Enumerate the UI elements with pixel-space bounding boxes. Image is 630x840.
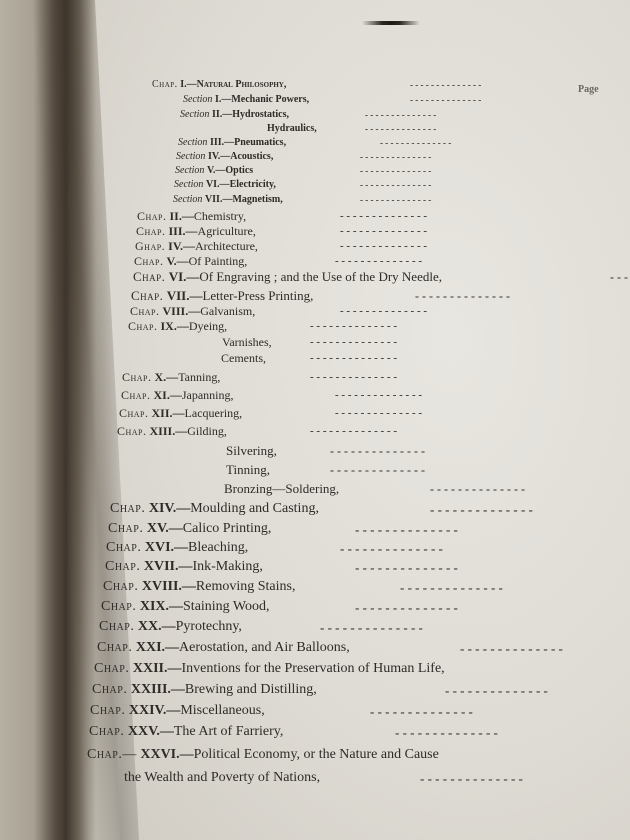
dot-leader: - - - - - - - - - - - - - - — [340, 211, 427, 222]
entry-title: Pyrotechny, — [176, 619, 242, 634]
roman-numeral: VII.— — [205, 194, 233, 205]
toc-entry: Cements, — [221, 352, 266, 364]
roman-numeral: XIII.— — [150, 424, 188, 438]
entry-title: Inventions for the Preservation of Human… — [181, 661, 444, 676]
chapter-label: Chap. — [106, 540, 141, 555]
chapter-label: Chap. — [130, 304, 160, 318]
toc-entry: Chap. XXI.—Aerostation, and Air Balloons… — [97, 641, 350, 655]
section-label: Section — [174, 179, 203, 190]
dot-leader: - - - - - - - - - - - - - - — [335, 390, 422, 401]
chapter-label: Chap. — [152, 79, 178, 90]
toc-entry: Chap. XIII.—Gilding, — [117, 425, 227, 437]
toc-entry: Section VI.—Electricity, — [174, 180, 276, 190]
dot-leader: - - - - - - - - - - - - - - — [320, 621, 423, 634]
chapter-label: Chap. — [92, 682, 127, 697]
roman-numeral: XVII.— — [144, 559, 193, 574]
chapter-label: Chap. — [117, 424, 147, 438]
chapter-label: Chap. — [103, 579, 138, 594]
dot-leader: - - - - - - - - - - - - - - — [365, 111, 436, 120]
dot-leader: - - - - - - - - - - - - - - — [340, 226, 427, 237]
toc-entry: Section II.—Hydrostatics, — [180, 110, 289, 120]
entry-title: Electricity, — [230, 179, 276, 190]
dot-leader: - - - - - - - - - - - - - - — [310, 337, 397, 348]
toc-entry: Chap. XVII.—Ink-Making, — [105, 560, 263, 574]
roman-numeral: XVI.— — [145, 540, 188, 555]
toc-entry: Chap. XV.—Calico Printing, — [108, 522, 271, 536]
entry-title: Dyeing, — [189, 319, 227, 333]
roman-numeral: XXIV.— — [129, 703, 180, 718]
toc-entry: Varnishes, — [222, 336, 272, 348]
toc-entry: Chap. XIX.—Staining Wood, — [101, 600, 270, 614]
entry-title: Magnetism, — [232, 194, 282, 205]
section-label: Section — [180, 109, 209, 120]
dot-leader: - - - - - - - - - - - - - - — [355, 561, 458, 574]
dot-leader: - - - - - - - - - - - - - - — [420, 772, 523, 785]
dot-leader: - - - - - - - - - - - - - - — [355, 523, 458, 536]
dot-leader: - - - - - - - - - - - - - - — [430, 483, 525, 495]
entry-title: Moulding and Casting, — [190, 501, 319, 516]
entry-title: Hydrostatics, — [232, 109, 289, 120]
dot-leader: - - - - - - - - - - - - - - — [460, 642, 563, 655]
roman-numeral: IX.— — [161, 319, 189, 333]
entry-title: Natural Philosophy, — [197, 79, 287, 90]
chapter-label: Chap. — [101, 599, 136, 614]
page-column-header: Page — [578, 84, 599, 95]
entry-title: Tanning, — [178, 370, 220, 384]
dot-leader: - - - - - - - - - - - - - - — [395, 726, 498, 739]
roman-numeral: VI.— — [169, 269, 200, 284]
entry-title: Aerostation, and Air Balloons, — [179, 640, 350, 655]
dot-leader: - - - - - - - - - - - - - - — [400, 581, 503, 594]
chapter-label: Chap. — [122, 370, 152, 384]
entry-title: Ink-Making, — [192, 559, 262, 574]
dot-leader: - - - - - - - - - - - - - - — [340, 306, 427, 317]
entry-title: Lacquering, — [185, 406, 243, 420]
section-label: Section — [173, 194, 202, 205]
chapter-label: Chap. — [136, 224, 166, 238]
toc-entry: the Wealth and Poverty of Nations, — [124, 771, 320, 785]
dot-leader: - - - - - - - - - - - - - - — [335, 408, 422, 419]
toc-entry: Section I.—Mechanic Powers, — [183, 95, 309, 105]
entry-title: Of Painting, — [189, 254, 248, 268]
dot-leader: - - - - - - - - - - - - - - — [610, 271, 630, 283]
roman-numeral: XVIII.— — [142, 579, 196, 594]
entry-title: Cements, — [221, 351, 266, 365]
entry-title: Gilding, — [187, 424, 227, 438]
entry-title: the Wealth and Poverty of Nations, — [124, 770, 320, 785]
dot-leader: - - - - - - - - - - - - - - — [360, 167, 431, 176]
toc-entry: Chap. IX.—Dyeing, — [128, 320, 227, 332]
roman-numeral: XXV.— — [128, 724, 174, 739]
roman-numeral: III.— — [169, 224, 198, 238]
chapter-label: Chap. — [133, 269, 165, 284]
toc-entry: Chap. XVI.—Bleaching, — [106, 541, 248, 555]
roman-numeral: I.— — [180, 79, 196, 90]
chapter-label: Chap.— — [87, 747, 137, 762]
dot-leader: - - - - - - - - - - - - - - — [310, 321, 397, 332]
entry-title: Miscellaneous, — [180, 703, 264, 718]
chapter-label: Chap. — [119, 406, 149, 420]
dot-leader: - - - - - - - - - - - - - - — [410, 96, 481, 105]
entry-title: Bleaching, — [188, 540, 248, 555]
roman-numeral: XXVI.— — [140, 747, 193, 762]
entry-title: The Art of Farriery, — [174, 724, 284, 739]
toc-entry: Chap. XII.—Lacquering, — [119, 407, 242, 419]
section-label: Section — [176, 151, 205, 162]
entry-title: Removing Stains, — [196, 579, 296, 594]
dot-leader: - - - - - - - - - - - - - - — [360, 181, 431, 190]
toc-entry: Chap. VIII.—Galvanism, — [130, 305, 255, 317]
toc-entry: Chap. II.—Chemistry, — [137, 210, 246, 222]
chapter-label: Chap. — [131, 288, 163, 303]
toc-entry: Chap. III.—Agriculture, — [136, 225, 256, 237]
toc-entry: Chap. XI.—Japanning, — [121, 389, 234, 401]
section-label: Section — [175, 165, 204, 176]
roman-numeral: I.— — [215, 94, 231, 105]
entry-title: Japanning, — [182, 388, 234, 402]
entry-title: Galvanism, — [200, 304, 255, 318]
toc-entry: Section VII.—Magnetism, — [173, 195, 283, 205]
entry-title: Silvering, — [226, 443, 277, 458]
entry-title: Hydraulics, — [267, 123, 317, 134]
entry-title: Architecture, — [195, 239, 258, 253]
chapter-label: Chap. — [137, 209, 167, 223]
toc-entry: Section III.—Pneumatics, — [178, 138, 286, 148]
roman-numeral: XV.— — [147, 521, 183, 536]
toc-entry: Chap. I.—Natural Philosophy, — [152, 80, 286, 90]
dot-leader: - - - - - - - - - - - - - - — [310, 426, 397, 437]
entry-title: Varnishes, — [222, 335, 272, 349]
chapter-label: Ghap. — [135, 239, 165, 253]
entry-title: Of Engraving ; and the Use of the Dry Ne… — [199, 269, 442, 284]
toc-entry: Chap.— XXVI.—Political Economy, or the N… — [87, 748, 439, 762]
dot-leader: - - - - - - - - - - - - - - — [370, 705, 473, 718]
section-label: Section — [183, 94, 212, 105]
dot-leader: - - - - - - - - - - - - - - — [380, 139, 451, 148]
section-label: Section — [178, 137, 207, 148]
roman-numeral: II.— — [170, 209, 194, 223]
dot-leader: - - - - - - - - - - - - - - — [430, 503, 533, 516]
roman-numeral: XXII.— — [133, 661, 182, 676]
dot-leader: - - - - - - - - - - - - - - — [330, 464, 425, 476]
dot-leader: - - - - - - - - - - - - - - — [360, 153, 431, 162]
entry-title: Political Economy, or the Nature and Cau… — [194, 747, 439, 762]
roman-numeral: IV.— — [208, 151, 230, 162]
chapter-label: Chap. — [89, 724, 124, 739]
toc-entry: Hydraulics, — [267, 124, 317, 134]
toc-entry: Chap. XXIV.—Miscellaneous, — [90, 704, 265, 718]
roman-numeral: XX.— — [138, 619, 176, 634]
toc-entry: Chap. VI.—Of Engraving ; and the Use of … — [133, 270, 442, 283]
chapter-label: Chap. — [97, 640, 132, 655]
table-of-contents: Page Chap. I.—Natural Philosophy,- - - -… — [0, 0, 630, 840]
roman-numeral: VIII.— — [163, 304, 201, 318]
dot-leader: - - - - - - - - - - - - - - — [445, 684, 548, 697]
chapter-label: Chap. — [134, 254, 164, 268]
chapter-label: Chap. — [121, 388, 151, 402]
toc-entry: Chap. XX.—Pyrotechny, — [99, 620, 242, 634]
toc-entry: Bronzing—Soldering, — [224, 482, 339, 495]
toc-entry: Chap. XIV.—Moulding and Casting, — [110, 502, 319, 516]
toc-entry: Chap. X.—Tanning, — [122, 371, 220, 383]
dot-leader: - - - - - - - - - - - - - - — [365, 125, 436, 134]
toc-entry: Chap. VII.—Letter-Press Printing, — [131, 289, 313, 302]
dot-leader: - - - - - - - - - - - - - - — [340, 542, 443, 555]
entry-title: Calico Printing, — [183, 521, 272, 536]
entry-title: Bronzing—Soldering, — [224, 481, 339, 496]
toc-entry: Section IV.—Acoustics, — [176, 152, 273, 162]
roman-numeral: VI.— — [206, 179, 230, 190]
entry-title: Staining Wood, — [183, 599, 270, 614]
toc-entry: Chap. XXII.—Inventions for the Preservat… — [94, 662, 445, 676]
chapter-label: Chap. — [108, 521, 143, 536]
roman-numeral: IV.— — [168, 239, 195, 253]
roman-numeral: XI.— — [154, 388, 182, 402]
roman-numeral: XXI.— — [136, 640, 179, 655]
toc-entry: Chap. XXIII.—Brewing and Distilling, — [92, 683, 317, 697]
toc-entry: Chap. V.—Of Painting, — [134, 255, 247, 267]
roman-numeral: V.— — [167, 254, 189, 268]
toc-entry: Chap. XVIII.—Removing Stains, — [103, 580, 295, 594]
roman-numeral: V.— — [207, 165, 225, 176]
dot-leader: - - - - - - - - - - - - - - — [310, 353, 397, 364]
roman-numeral: II.— — [212, 109, 232, 120]
toc-entry: Tinning, — [226, 463, 270, 476]
toc-entry: Chap. XXV.—The Art of Farriery, — [89, 725, 283, 739]
dot-leader: - - - - - - - - - - - - - - — [310, 372, 397, 383]
entry-title: Mechanic Powers, — [231, 94, 309, 105]
roman-numeral: X.— — [155, 370, 179, 384]
dot-leader: - - - - - - - - - - - - - - — [335, 256, 422, 267]
toc-entry: Silvering, — [226, 444, 277, 457]
roman-numeral: III.— — [210, 137, 234, 148]
dot-leader: - - - - - - - - - - - - - - — [330, 445, 425, 457]
roman-numeral: XII.— — [152, 406, 185, 420]
entry-title: Chemistry, — [194, 209, 246, 223]
toc-entry: Ghap. IV.—Architecture, — [135, 240, 258, 252]
dot-leader: - - - - - - - - - - - - - - — [415, 290, 510, 302]
entry-title: Letter-Press Printing, — [202, 288, 313, 303]
chapter-label: Chap. — [105, 559, 140, 574]
entry-title: Brewing and Distilling, — [185, 682, 317, 697]
entry-title: Acoustics, — [230, 151, 273, 162]
dot-leader: - - - - - - - - - - - - - - — [410, 81, 481, 90]
dot-leader: - - - - - - - - - - - - - - — [340, 241, 427, 252]
roman-numeral: XIX.— — [140, 599, 183, 614]
entry-title: Agriculture, — [198, 224, 256, 238]
chapter-label: Chap. — [90, 703, 125, 718]
entry-title: Optics — [225, 165, 253, 176]
dot-leader: - - - - - - - - - - - - - - — [355, 601, 458, 614]
dot-leader: - - - - - - - - - - - - - - — [360, 196, 431, 205]
chapter-label: Chap. — [110, 501, 145, 516]
chapter-label: Chap. — [94, 661, 129, 676]
entry-title: Pneumatics, — [234, 137, 286, 148]
roman-numeral: XIV.— — [149, 501, 190, 516]
roman-numeral: XXIII.— — [131, 682, 185, 697]
toc-entry: Section V.—Optics — [175, 166, 253, 176]
roman-numeral: VII.— — [167, 288, 203, 303]
chapter-label: Chap. — [99, 619, 134, 634]
chapter-label: Chap. — [128, 319, 158, 333]
entry-title: Tinning, — [226, 462, 270, 477]
